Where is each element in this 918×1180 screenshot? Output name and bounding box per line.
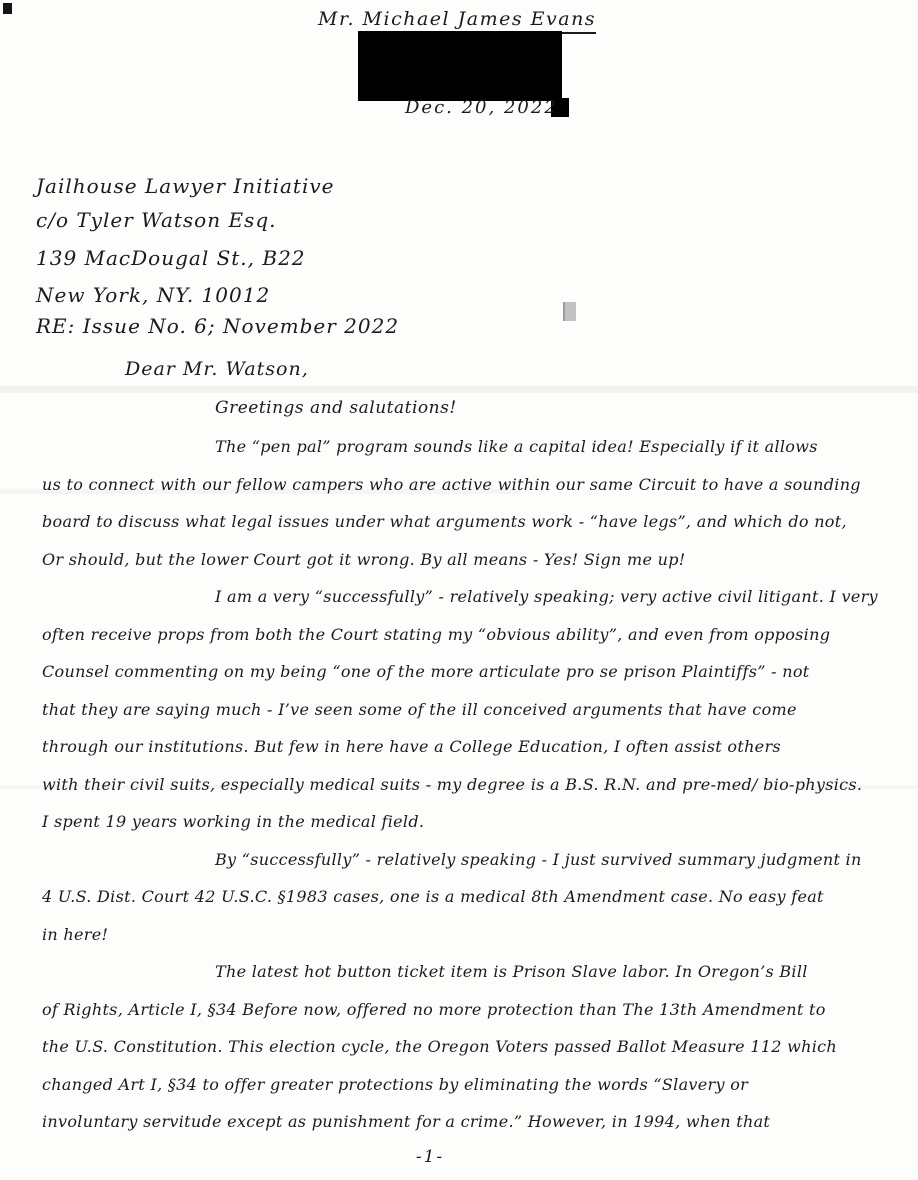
letter-body-line: 4 U.S. Dist. Court 42 U.S.C. §1983 cases… — [42, 878, 902, 916]
greeting-line: Greetings and salutations! — [215, 398, 457, 418]
letter-body-line: Counsel commenting on my being “one of t… — [42, 653, 902, 691]
letter-body-line: By “successfully” - relatively speaking … — [42, 841, 902, 879]
letter-body-line: Or should, but the lower Court got it wr… — [42, 541, 902, 579]
letter-body-line: often receive props from both the Court … — [42, 616, 902, 654]
letter-body-line: I spent 19 years working in the medical … — [42, 803, 902, 841]
recipient-careof: c/o Tyler Watson Esq. — [36, 208, 276, 232]
recipient-city: New York, NY. 10012 — [36, 283, 270, 307]
letter-body-line: I am a very “successfully” - relatively … — [42, 578, 902, 616]
letter-body-line: The “pen pal” program sounds like a capi… — [42, 428, 902, 466]
letter-body-line: involuntary servitude except as punishme… — [42, 1103, 902, 1141]
salutation: Dear Mr. Watson, — [125, 358, 309, 380]
letter-body-line: in here! — [42, 916, 902, 954]
scan-artifact-mark — [563, 302, 576, 321]
recipient-org: Jailhouse Lawyer Initiative — [36, 174, 334, 198]
letter-body-line: of Rights, Article I, §34 Before now, of… — [42, 991, 902, 1029]
redaction-box — [358, 31, 562, 101]
page-number: -1- — [0, 1147, 860, 1167]
recipient-street: 139 MacDougal St., B22 — [36, 246, 306, 270]
letter-page: Mr. Michael James Evans Dec. 20, 2022 Ja… — [0, 0, 918, 1180]
re-line: RE: Issue No. 6; November 2022 — [36, 314, 399, 338]
scan-artifact-corner — [3, 3, 12, 14]
letter-body: The “pen pal” program sounds like a capi… — [42, 428, 902, 1141]
sender-prefix: Mr. — [318, 8, 355, 30]
letter-body-line: through our institutions. But few in her… — [42, 728, 902, 766]
scan-streak — [0, 386, 918, 393]
letter-body-line: The latest hot button ticket item is Pri… — [42, 953, 902, 991]
letter-body-line: board to discuss what legal issues under… — [42, 503, 902, 541]
letter-body-line: us to connect with our fellow campers wh… — [42, 466, 902, 504]
letter-body-line: with their civil suits, especially medic… — [42, 766, 902, 804]
letter-date: Dec. 20, 2022 — [405, 97, 558, 118]
sender-line: Mr. Michael James Evans — [318, 8, 596, 30]
letter-body-line: changed Art I, §34 to offer greater prot… — [42, 1066, 902, 1104]
letter-body-line: the U.S. Constitution. This election cyc… — [42, 1028, 902, 1066]
letter-body-line: that they are saying much - I’ve seen so… — [42, 691, 902, 729]
